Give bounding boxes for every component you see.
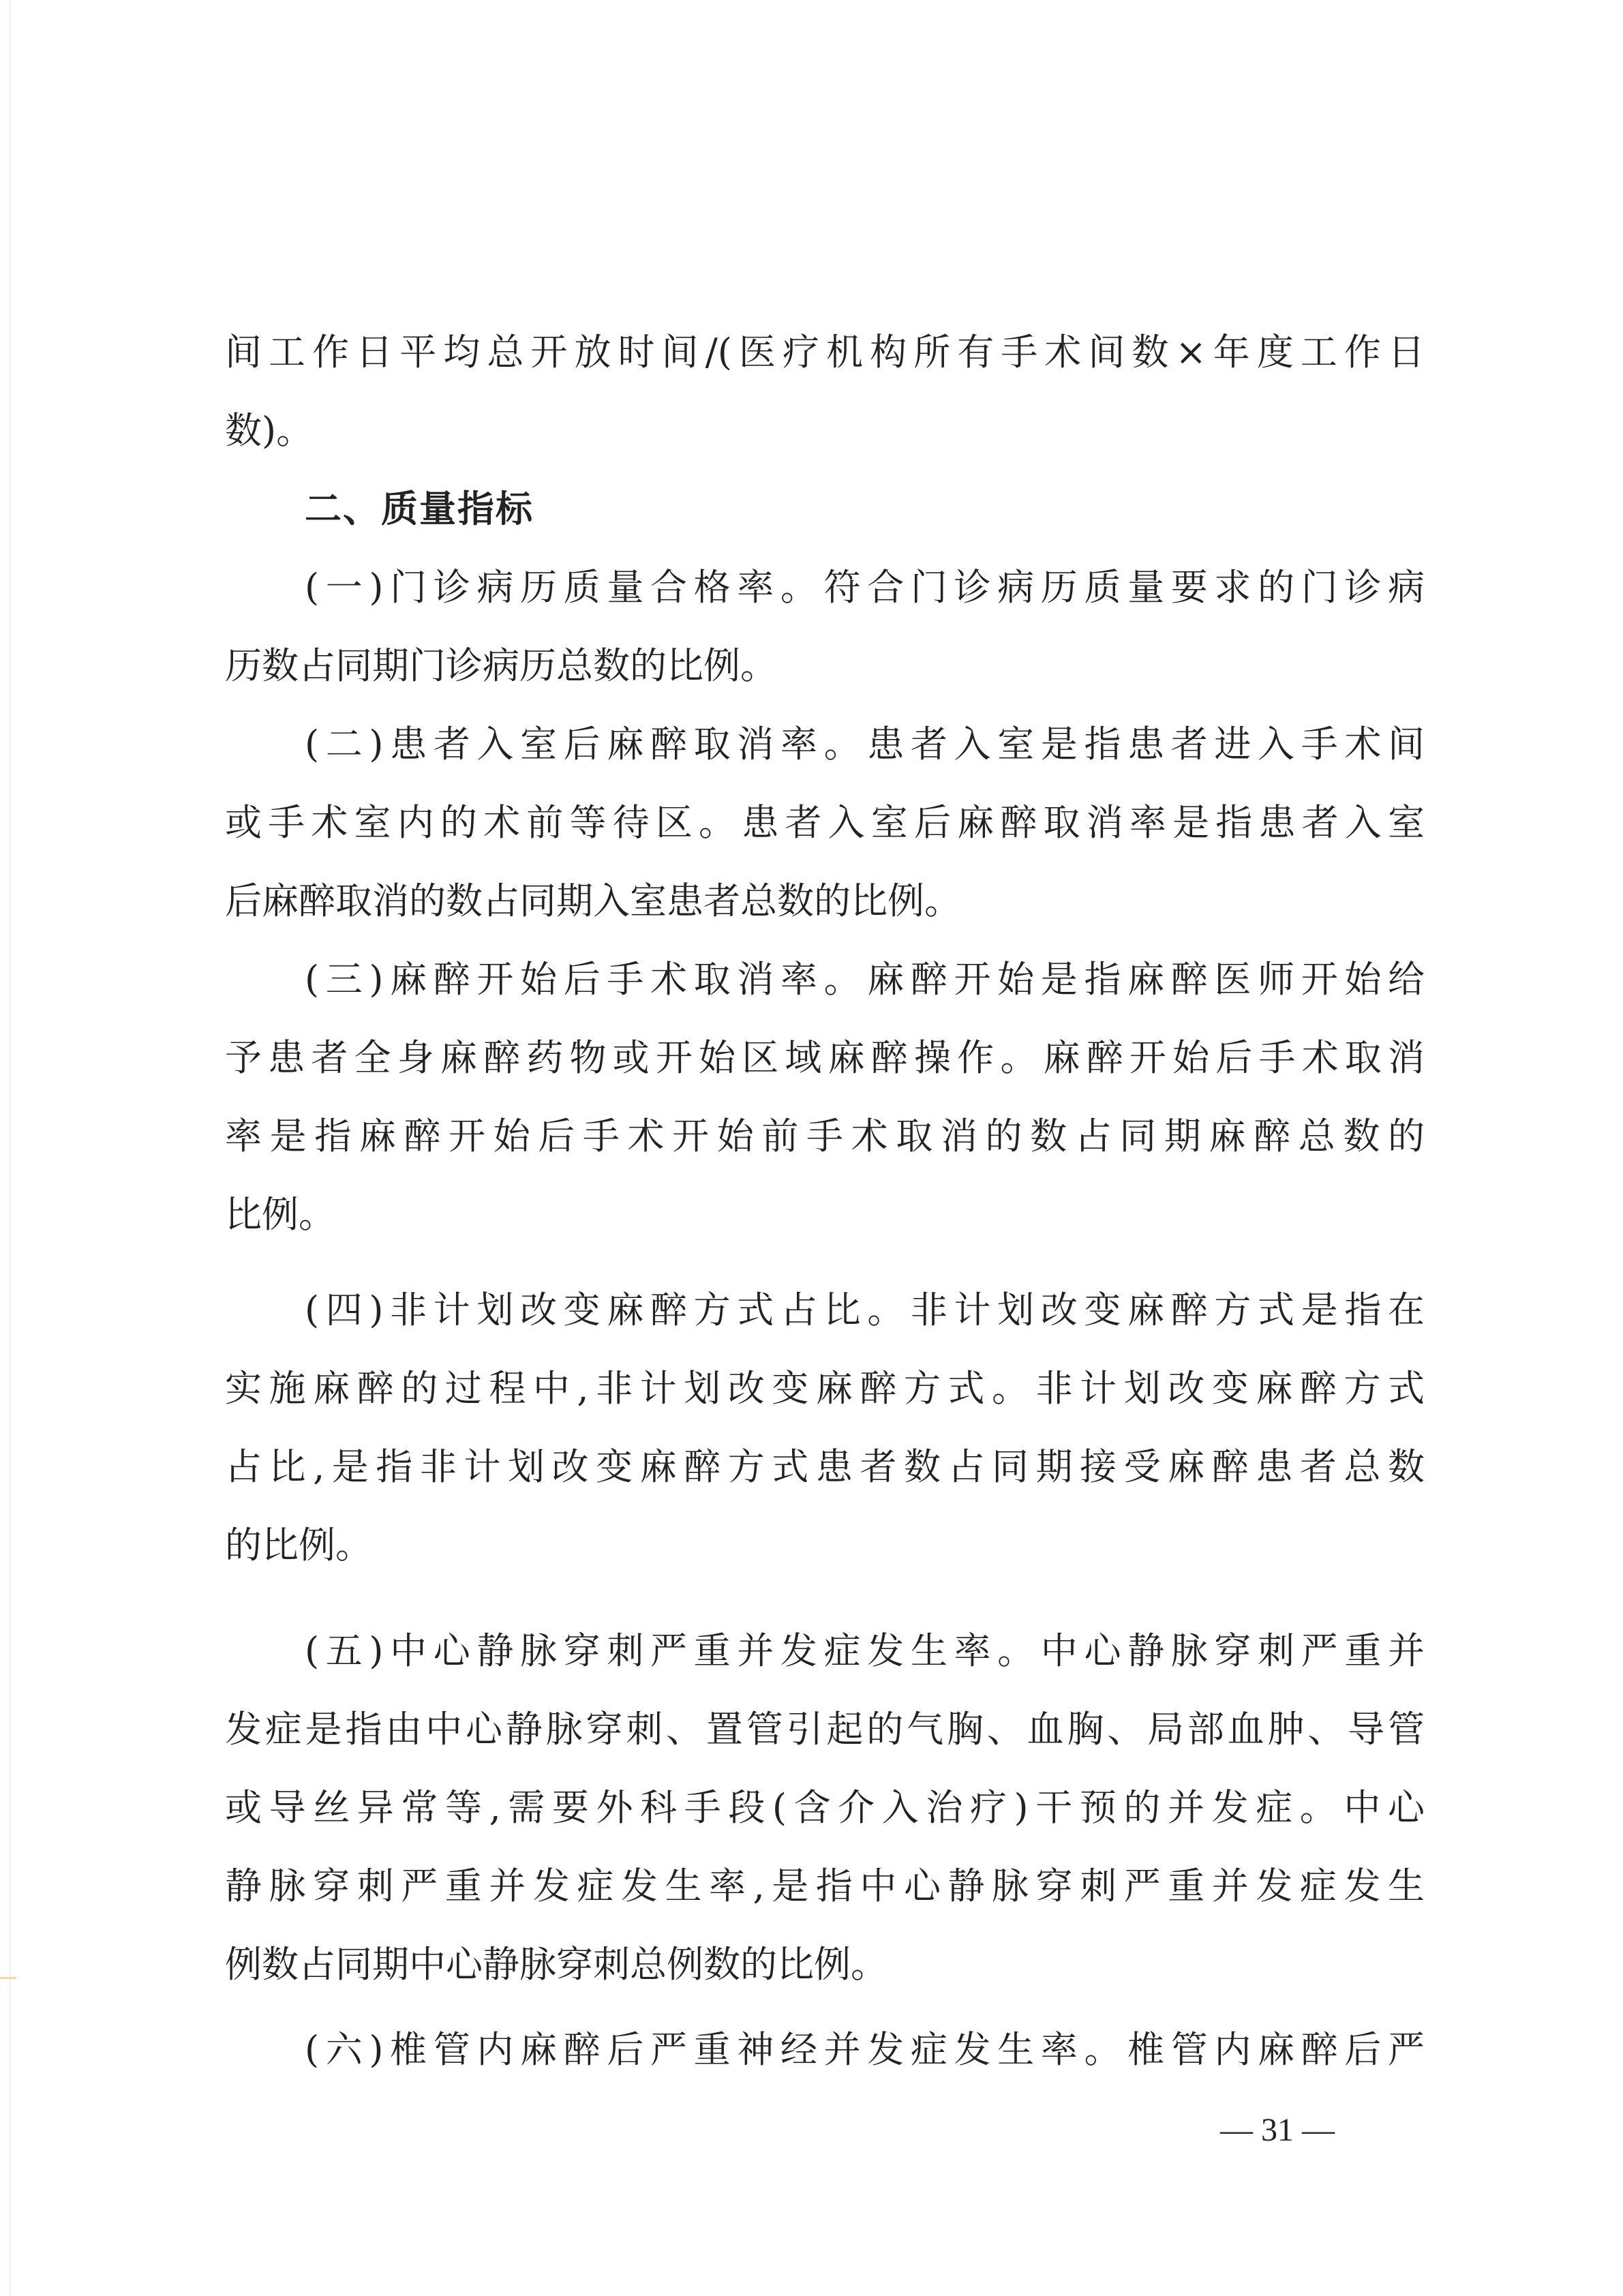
continuation-line-2: 数)。 <box>225 409 1425 453</box>
item-5-line-3: 或导丝异常等,需要外科手段(含介入治疗)干预的并发症。中心 <box>225 1786 1425 1830</box>
scan-edge-mark <box>0 1977 16 1979</box>
item-3-line-1: (三)麻醉开始后手术取消率。麻醉开始是指麻醉医师开始给 <box>305 958 1425 1001</box>
item-2-line-1: (二)患者入室后麻醉取消率。患者入室是指患者进入手术间 <box>305 723 1425 766</box>
item-5-line-1: (五)中心静脉穿刺严重并发症发生率。中心静脉穿刺严重并 <box>305 1629 1425 1673</box>
item-6-line-1: (六)椎管内麻醉后严重神经并发症发生率。椎管内麻醉后严 <box>305 2028 1425 2072</box>
page-number: — 31 — <box>1220 2110 1335 2151</box>
continuation-line-1: 间工作日平均总开放时间/(医疗机构所有手术间数×年度工作日 <box>225 331 1425 374</box>
item-3-line-4: 比例。 <box>225 1193 1425 1237</box>
item-2-line-2: 或手术室内的术前等待区。患者入室后麻醉取消率是指患者入室 <box>225 801 1425 845</box>
item-1-line-1: (一)门诊病历质量合格率。符合门诊病历质量要求的门诊病 <box>305 566 1425 609</box>
item-5-line-4: 静脉穿刺严重并发症发生率,是指中心静脉穿刺严重并发症发生 <box>225 1864 1425 1908</box>
scan-edge-line <box>10 0 11 2296</box>
item-5-line-2: 发症是指由中心静脉穿刺、置管引起的气胸、血胸、局部血肿、导管 <box>225 1708 1425 1751</box>
item-3-line-2: 予患者全身麻醉药物或开始区域麻醉操作。麻醉开始后手术取消 <box>225 1036 1425 1080</box>
item-5-line-5: 例数占同期中心静脉穿刺总例数的比例。 <box>225 1943 1425 1987</box>
item-3-line-3: 率是指麻醉开始后手术开始前手术取消的数占同期麻醉总数的 <box>225 1115 1425 1158</box>
item-4-line-1: (四)非计划改变麻醉方式占比。非计划改变麻醉方式是指在 <box>305 1288 1425 1332</box>
item-4-line-4: 的比例。 <box>225 1524 1425 1567</box>
item-2-line-3: 后麻醉取消的数占同期入室患者总数的比例。 <box>225 879 1425 923</box>
section-heading: 二、质量指标 <box>305 487 1425 531</box>
item-4-line-3: 占比,是指非计划改变麻醉方式患者数占同期接受麻醉患者总数 <box>225 1445 1425 1489</box>
item-4-line-2: 实施麻醉的过程中,非计划改变麻醉方式。非计划改变麻醉方式 <box>225 1367 1425 1410</box>
item-1-line-2: 历数占同期门诊病历总数的比例。 <box>225 644 1425 688</box>
